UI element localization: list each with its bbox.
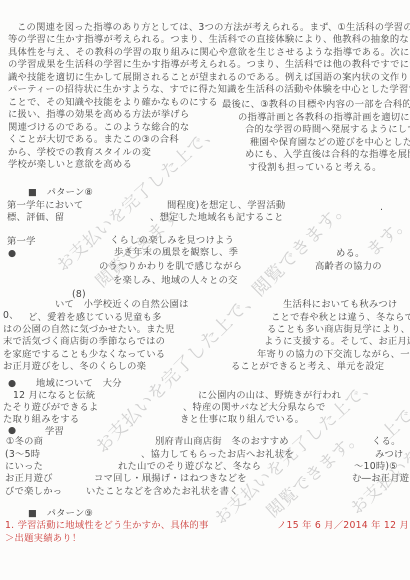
payment-watermark-text: ます。 [360,207,410,260]
text-line: す役割も担っていると考える。 [248,163,382,173]
text-line: ることも多い商店街見学により、年 [267,325,410,335]
text-line: お正月遊びをし、冬のくらしの楽 [3,362,146,372]
text-line: の指導計画と各教科の指導計画を適切に [238,113,410,123]
text-line: 稚園や保育園などの遊びを中心とした教育 [250,138,410,148]
text-line: 、特産の関サバなど大分県ならで [183,403,326,413]
text-line: 高齢者の協力の [315,262,382,272]
document-page: お支払いを完了した上で、閲覧できます。お支払いを完了した上で、閲覧できます。ます… [0,0,410,580]
text-line: いたことなどを含めたお礼状を書く [86,487,239,497]
text-line: ■ パターン⑨ [28,509,93,519]
text-line: にいった [5,462,43,472]
text-line: この関連を図った指導のあり方としては、3つの方法が考えられる。まず、①生活科の学… [17,23,410,33]
text-line: から、学校での教育スタイルの変 [8,148,151,158]
text-line: 年寄りの協力の下交流しながら、一緒 [257,350,410,360]
text-line: 等の学習に生かす指導が考えられる。つまり、生活科での直接体験により、他教科の抽象… [8,35,410,45]
text-line: 最後に、③教科の目標や内容の一部を合科的 [222,100,410,110]
text-line: くる。 [372,437,401,447]
text-line: ることができると考え、単元を設定 [231,362,384,372]
text-line: 歩き年末の風景を観察し、季 [114,248,238,258]
text-line: . [380,203,383,213]
text-line: 合的な学習の時間へ発展するようにしてい [245,125,410,135]
text-line: はの公園の自然に気づかせたい。また児 [3,325,175,335]
text-line: お正月遊び [5,474,53,484]
text-line: みつけ [375,450,403,460]
text-line: めにも、入学直後は合科的な指導を展開し、 [245,150,410,160]
text-line: くらしの楽しみを見つけよう [110,236,234,246]
text-line: 標、評価、留 [7,213,64,223]
text-line: ■ パターン⑧ [28,188,93,198]
text-line: コマ回し・凧揚げ・はねつきなどを [94,474,247,484]
text-line: 学校が楽しいと意欲を高める [8,160,132,170]
text-line: くことが大切である。またこの③の合科 [8,135,179,145]
text-line: を家庭ですることも少なくなっている [3,350,165,360]
text-line: ● [8,249,16,259]
text-line: きと仕事に取り組んでいる。 [180,415,304,425]
text-line: びで楽しかっ [5,487,62,497]
text-line: たそり遊びができるよ [3,403,98,413]
text-line: に公園内の山は、野焼きが行われ [198,391,341,401]
text-line: ことで、その知識や技能をより確かなものにする [8,98,218,108]
text-line: 具体性を与え、その教科の学習の取り組みに関心や意欲を生じさせるような指導である。… [8,48,410,58]
text-line: ● [8,379,16,389]
text-line: 生活科においても秋みつけ [283,300,397,310]
text-line: 関連づけるのである。このような総合的な [8,123,189,133]
text-line: いて 小学校近くの自然公園は [55,300,189,310]
text-line: 12 月になると伝統 [13,391,95,401]
text-line: 第一学年において [7,201,83,211]
text-line: 間程度)を想定し、学習活動 [167,201,285,211]
text-line: 地域について 大分 [36,379,122,389]
text-line: ように支援する。そして、お正月遊び [264,337,410,347]
text-line: のうつりかわりを肌で感じながら [99,262,242,272]
text-line: た取り組みをする [3,415,79,425]
text-line: める。 [336,249,365,259]
highlight-text-line: ＞出題実績あり！ [5,534,81,544]
text-line: ● [8,426,16,436]
text-line: 0、 [3,311,19,321]
text-line: ことで春や秋とは違う、冬ならで [271,313,410,323]
text-line: 別府青山商店街 冬のおすすめ [155,437,289,447]
text-line: 、想定した地域名も記すること [150,213,284,223]
text-line: を楽しみ、地域の人々との交 [113,276,238,286]
text-line: パーティーの招待状に生かすような、すでに得た知識を生活科の活動や体験を中心とした… [8,85,410,95]
text-line: 識や技能を適切に生かして展開されることが望まれるのである。例えば国語の案内状の文… [8,73,410,83]
highlight-text-line: ノ15 年 6 月／2014 年 12 月 [277,521,409,531]
text-line: 第一学 [7,237,36,247]
text-line: む―お正月遊 [352,474,409,484]
text-line: 学習 [45,427,64,437]
text-line: ①冬の商 [6,437,43,447]
text-line: (3〜5時 [5,450,40,460]
text-line: 末で活気づく商店街の季節ならではの [3,337,165,347]
text-line: 〜10時)⑤ [354,462,398,472]
highlight-text-line: 1. 学習活動に地域性をどう生かすか、具体的事 [5,521,209,531]
text-line: 、協力してもらったお店へお礼状を [141,450,294,460]
text-line: に扱い、指導の効果を高める方法が挙げら [8,110,189,120]
text-line: ど、愛着を感じている児童も多 [28,313,162,323]
text-line: れた山でのそり遊びなど、冬なら [118,462,261,472]
text-line: の学習成果を生活科の学習に生かす指導が考えられる。つまり、生活科では他の教科です… [8,60,410,70]
